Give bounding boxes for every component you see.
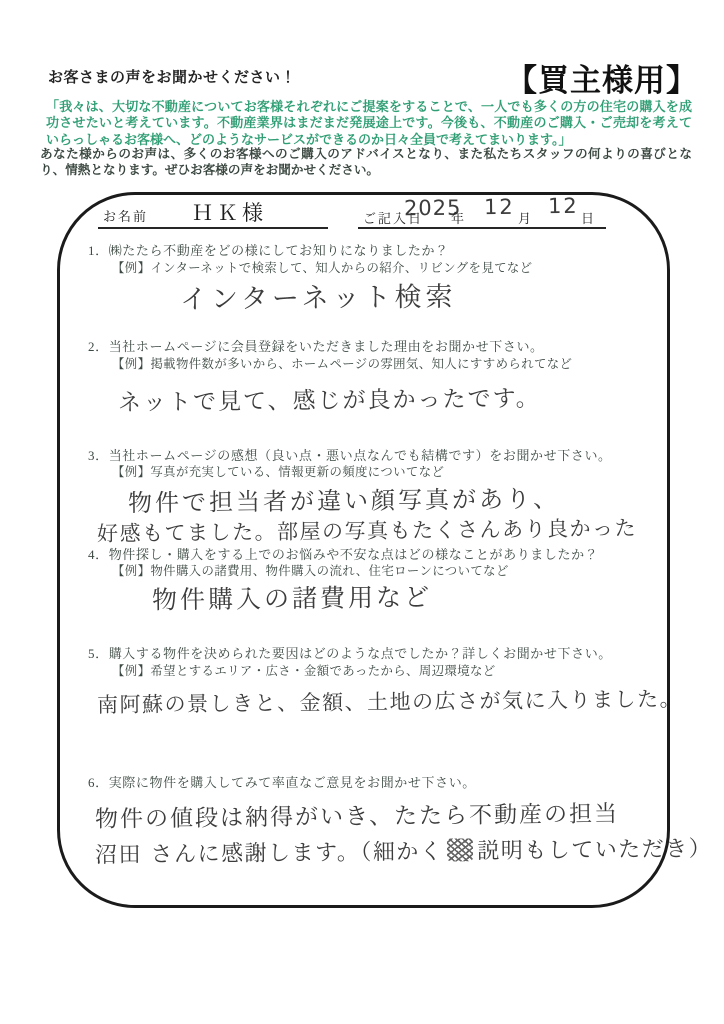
answer-4-handwritten: 物件購入の諸費用など xyxy=(152,578,432,617)
name-label: お名前 xyxy=(103,206,148,225)
question-4-example: 【例】物件購入の諸費用、物件購入の流れ、住宅ローンについてなど xyxy=(112,561,509,579)
intro-quote: 「我々は、大切な不動産についてお客様それぞれにご提案をすることで、一人でも多くの… xyxy=(46,99,692,148)
question-2-text: 当社ホームページに会員登録をいただきました理由をお聞かせ下さい。 xyxy=(109,339,544,354)
scanned-survey-page: お客さまの声をお聞かせください！ 【買主様用】 「我々は、大切な不動産についてお… xyxy=(0,0,724,1024)
buyer-badge: 【買主様用】 xyxy=(506,55,698,100)
question-5: 5．購入する物件を決められた要因はどのような点でしたか？詳しくお聞かせ下さい。 xyxy=(88,643,612,662)
question-1-example: 【例】インターネットで検索して、知人からの紹介、リビングを見てなど xyxy=(112,258,532,276)
question-2-example: 【例】掲載物件数が多いから、ホームページの雰囲気、知人にすすめられてなど xyxy=(112,354,572,372)
question-1-number: 1． xyxy=(88,243,109,258)
answer-2-handwritten: ネットで見て、感じが良かったです。 xyxy=(118,380,541,417)
name-underline xyxy=(98,227,328,229)
answer-6-line2-before: 沼田 さんに感謝します。（細かく xyxy=(95,840,443,869)
answer-1-handwritten: インターネット検索 xyxy=(180,275,457,317)
year-suffix: 年 xyxy=(451,208,466,227)
question-1: 1．㈱たたら不動産をどの様にしてお知りになりましたか？ xyxy=(88,240,449,259)
question-3-example: 【例】写真が充実している、情報更新の頻度についてなど xyxy=(112,462,444,480)
question-6-number: 6． xyxy=(88,775,109,790)
answer-6-line2-after: 説明もしていただき） xyxy=(477,837,712,864)
month-suffix: 月 xyxy=(518,208,533,227)
intro-note: あなた様からのお声は、多くのお客様へのご購入のアドバイスとなり、また私たちスタッ… xyxy=(40,147,692,179)
question-4-number: 4． xyxy=(88,547,109,562)
question-5-number: 5． xyxy=(88,646,109,661)
question-3-number: 3． xyxy=(88,448,109,463)
answer-3-line1-handwritten: 物件で担当者が違い顔写真があり、 xyxy=(128,479,560,519)
answer-3-line2-handwritten: 好感もてました。部屋の写真もたくさんあり良かった xyxy=(97,512,637,548)
question-3-text: 当社ホームページの感想（良い点・悪い点なんでも結構です）をお聞かせ下さい。 xyxy=(109,448,612,463)
question-2-number: 2． xyxy=(88,339,109,354)
page-title: お客さまの声をお聞かせください！ xyxy=(48,66,296,87)
question-5-example: 【例】希望とするエリア・広さ・金額であったから、周辺環境など xyxy=(112,661,496,679)
name-value: ＨＫ様 xyxy=(192,197,267,227)
question-6-text: 実際に物件を購入してみて率直なご意見をお聞かせ下さい。 xyxy=(109,775,476,790)
answer-6-line1-handwritten: 物件の値段は納得がいき、たたら不動産の担当 xyxy=(95,795,619,833)
date-underline xyxy=(358,227,606,229)
scribbled-out-character xyxy=(447,838,473,861)
answer-6-line2-handwritten: 沼田 さんに感謝します。（細かく説明もしていただき） xyxy=(95,832,713,869)
question-1-text: ㈱たたら不動産をどの様にしてお知りになりましたか？ xyxy=(109,243,449,258)
date-month-handwritten: 12 xyxy=(484,195,515,219)
date-day-handwritten: 12 xyxy=(548,194,579,218)
question-4-text: 物件探し・購入をする上でのお悩みや不安な点はどの様なことがありましたか？ xyxy=(109,547,599,562)
question-5-text: 購入する物件を決められた要因はどのような点でしたか？詳しくお聞かせ下さい。 xyxy=(109,646,612,661)
question-6: 6．実際に物件を購入してみて率直なご意見をお聞かせ下さい。 xyxy=(88,772,476,791)
day-suffix: 日 xyxy=(581,208,596,227)
answer-5-handwritten: 南阿蘇の景しきと、金額、土地の広さが気に入りました。 xyxy=(97,683,682,719)
question-2: 2．当社ホームページに会員登録をいただきました理由をお聞かせ下さい。 xyxy=(88,336,544,355)
